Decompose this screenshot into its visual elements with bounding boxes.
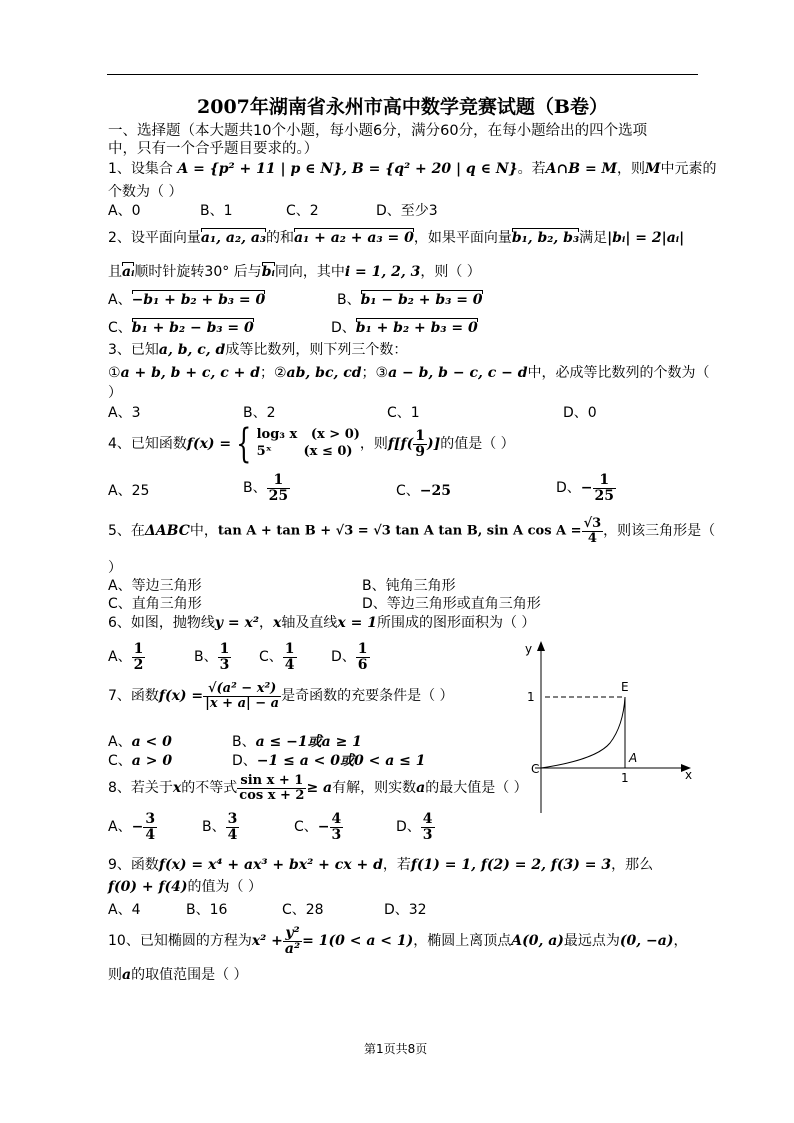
section-header-line1: 一、选择题（本大题共10个小题，每小题6分，满分60分，在每小题给出的四个选项 (108, 124, 647, 139)
x-tick-1: 1 (621, 772, 629, 784)
q1-option-d: D、至少3 (376, 204, 438, 218)
question-4-stem: 4、已知函数f(x) ={log₃ x (x > 0)5ˣ (x ≤ 0)，则f… (108, 424, 515, 464)
q6-option-a: A、12 (108, 642, 145, 672)
q4-option-c: C、−25 (396, 484, 451, 498)
q2-option-c: C、b₁ + b₂ − b₃ = 0 (108, 318, 254, 335)
q1-option-c: C、2 (286, 204, 319, 218)
q9-option-a: A、4 (108, 903, 140, 917)
question-5-stem: 5、在ΔABC中，tan A + tan B + √3 = √3 tan A t… (108, 517, 715, 545)
question-7-stem: 7、函数f(x) =√(a² − x²)|x + a| − a是奇函数的充要条件… (108, 682, 454, 710)
q2-option-d: D、b₁ + b₂ + b₃ = 0 (331, 318, 478, 335)
q6-option-b: B、13 (194, 642, 231, 672)
question-10-line2: 则a的取值范围是（ ） (108, 968, 248, 982)
point-e-label: E (621, 681, 629, 693)
question-3-items: ①a + b, b + c, c + d；②ab, bc, cd；③a − b,… (108, 366, 710, 380)
question-1-stem: 1、设集合 A = {p² + 11 | p ∈ N}, B = {q² + 2… (108, 162, 717, 176)
question-5-line2: ） (108, 561, 122, 575)
question-9-line2: f(0) + f(4)的值为（ ） (108, 880, 262, 894)
question-3-stem: 3、已知a, b, c, d成等比数列，则下列三个数： (108, 343, 407, 357)
q6-option-d: D、16 (331, 642, 370, 672)
header-rule (107, 74, 698, 75)
parabola-figure: y x 1 1 E A C (505, 635, 705, 820)
q4-option-d: D、−125 (556, 473, 616, 503)
q8-option-a: A、−34 (108, 812, 157, 842)
q2-option-b: B、b₁ − b₂ + b₃ = 0 (337, 290, 483, 307)
q8-option-b: B、34 (202, 812, 239, 842)
q8-option-d: D、43 (396, 812, 435, 842)
q5-option-a: A、等边三角形 (108, 579, 202, 593)
q4-option-b: B、125 (243, 473, 290, 503)
q9-option-b: B、16 (186, 903, 227, 917)
x-axis-label: x (685, 769, 692, 781)
q1-option-b: B、1 (200, 204, 233, 218)
y-axis-label: y (525, 643, 532, 655)
q7-option-b: B、a ≤ −1或a ≥ 1 (232, 735, 362, 749)
question-10-stem: 10、已知椭圆的方程为x² +y²a²= 1(0 < a < 1)，椭圆上离顶点… (108, 926, 687, 956)
q4-option-a: A、25 (108, 484, 149, 498)
q3-option-c: C、1 (387, 406, 420, 420)
section-header-line2: 中，只有一个合乎题目要求的。） (108, 142, 318, 157)
q3-option-a: A、3 (108, 406, 140, 420)
q9-option-c: C、28 (282, 903, 324, 917)
q3-option-b: B、2 (243, 406, 276, 420)
q3-option-d: D、0 (563, 406, 597, 420)
q8-option-c: C、−43 (294, 812, 343, 842)
q2-option-a: A、−b₁ + b₂ + b₃ = 0 (108, 290, 265, 307)
y-tick-1: 1 (527, 691, 535, 703)
question-2-stem-line2: 且aᵢ顺时针旋转30° 后与bᵢ同向，其中i = 1, 2, 3，则（ ） (108, 262, 481, 279)
page-title: 2007年湖南省永州市高中数学竞赛试题（B卷） (197, 98, 608, 117)
q5-option-d: D、等边三角形或直角三角形 (362, 597, 541, 611)
question-2-stem: 2、设平面向量a₁, a₂, a₃的和a₁ + a₂ + a₃ = 0，如果平面… (108, 228, 684, 245)
question-6-stem: 6、如图，抛物线y = x²，x轴及直线x = 1所围成的图形面积为（ ） (108, 616, 535, 630)
q1-option-a: A、0 (108, 204, 140, 218)
q7-option-d: D、−1 ≤ a < 0或0 < a ≤ 1 (232, 754, 426, 768)
q6-option-c: C、14 (259, 642, 297, 672)
q7-option-c: C、a > 0 (108, 754, 172, 768)
q7-option-a: A、a < 0 (108, 735, 172, 749)
parabola-graph (505, 635, 705, 820)
q5-option-b: B、钝角三角形 (362, 579, 456, 593)
question-9-stem: 9、函数f(x) = x⁴ + ax³ + bx² + cx + d，若f(1)… (108, 858, 653, 872)
question-8-stem: 8、若关于x的不等式sin x + 1cos x + 2≥ a有解，则实数a的最… (108, 774, 528, 802)
page-footer: 第1页共8页 (364, 1043, 427, 1055)
q5-option-c: C、直角三角形 (108, 597, 202, 611)
origin-label: C (531, 763, 539, 775)
q9-option-d: D、32 (384, 903, 427, 917)
question-1-stem-line2: 个数为（ ） (108, 185, 182, 199)
point-a-label: A (629, 752, 637, 764)
question-3-line3: ） (108, 386, 122, 400)
